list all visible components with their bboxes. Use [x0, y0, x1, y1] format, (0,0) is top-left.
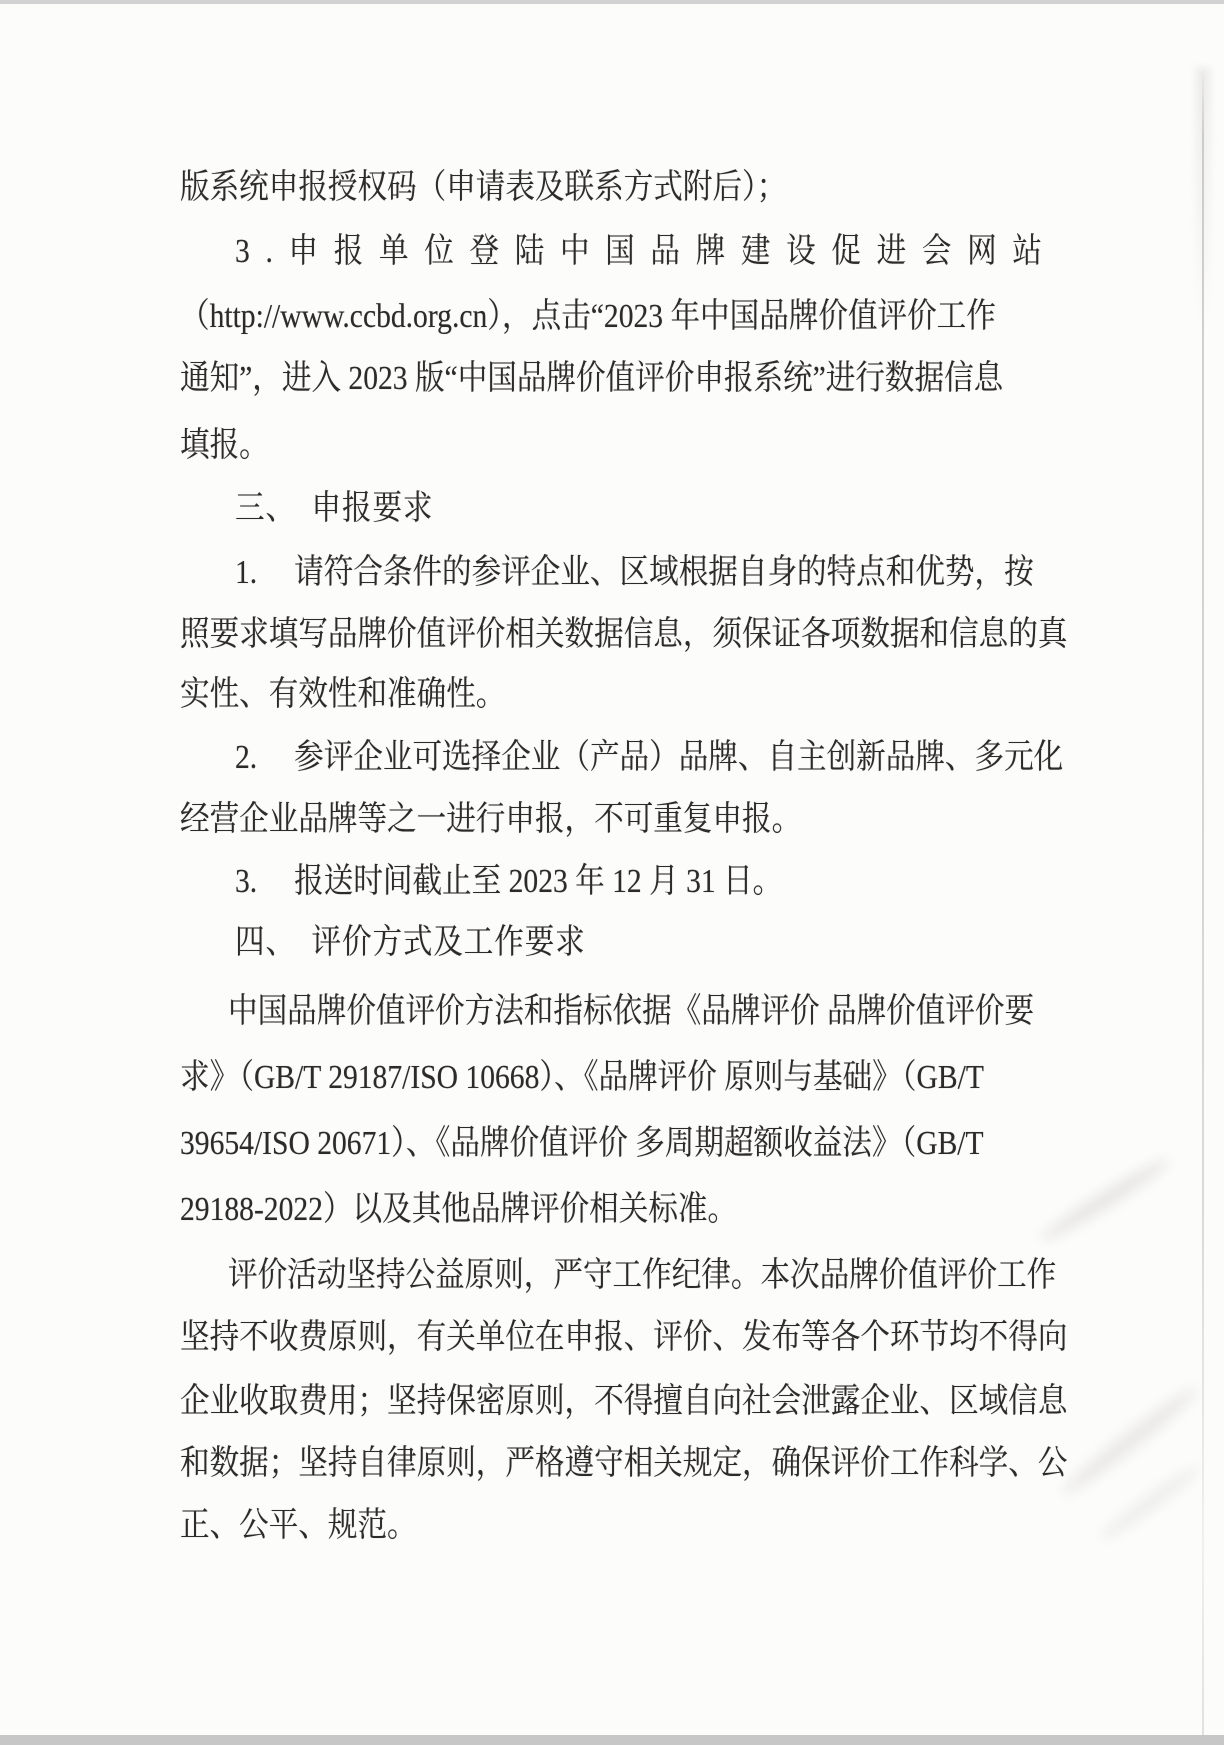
text-line: 3. 报送时间截止至 2023 年 12 月 31 日。 — [235, 860, 782, 904]
text-line: 填报。 — [180, 424, 269, 468]
text-line: 实性、有效性和准确性。 — [180, 673, 505, 717]
text-line: 评价活动坚持公益原则，严守工作纪律。本次品牌价值评价工作 — [228, 1254, 1056, 1298]
text-line: 和数据；坚持自律原则，严格遵守相关规定，确保评价工作科学、公 — [180, 1442, 1067, 1486]
text-line: 四、 评价方式及工作要求 — [235, 921, 586, 965]
text-line: 3.申报单位登陆中国品牌建设促进会网站 — [235, 230, 1058, 274]
text-line: 通知”，进入 2023 版“中国品牌价值评价申报系统”进行数据信息 — [180, 357, 1003, 401]
text-line: 中国品牌价值评价方法和指标依据《品牌评价 品牌价值评价要 — [228, 990, 1034, 1034]
scan-bottom-edge — [0, 1735, 1224, 1745]
text-line: 照要求填写品牌价值评价相关数据信息，须保证各项数据和信息的真 — [180, 613, 1067, 657]
scanned-document-page: 版系统申报授权码（申请表及联系方式附后）；3.申报单位登陆中国品牌建设促进会网站… — [0, 0, 1224, 1745]
text-line: 坚持不收费原则，有关单位在申报、评价、发布等各个环节均不得向 — [180, 1316, 1067, 1360]
document-text-layer: 版系统申报授权码（申请表及联系方式附后）；3.申报单位登陆中国品牌建设促进会网站… — [0, 0, 1224, 1745]
text-line: 2. 参评企业可选择企业（产品）品牌、自主创新品牌、多元化 — [235, 736, 1063, 780]
text-line: 求》（GB/T 29187/ISO 10668）、《品牌评价 原则与基础》（GB… — [180, 1056, 984, 1100]
text-line: （http://www.ccbd.org.cn），点击“2023 年中国品牌价值… — [180, 295, 996, 339]
text-line: 39654/ISO 20671）、《品牌价值评价 多周期超额收益法》（GB/T — [180, 1122, 984, 1166]
text-line: 企业收取费用；坚持保密原则，不得擅自向社会泄露企业、区域信息 — [180, 1380, 1067, 1424]
text-line: 正、公平、规范。 — [180, 1504, 417, 1548]
text-line: 版系统申报授权码（申请表及联系方式附后）； — [180, 166, 786, 210]
paper-right-edge-shadow — [1202, 68, 1204, 1745]
text-line: 29188-2022）以及其他品牌评价相关标准。 — [180, 1188, 737, 1232]
text-line: 1. 请符合条件的参评企业、区域根据自身的特点和优势，按 — [235, 551, 1034, 595]
text-line: 三、 申报要求 — [235, 487, 433, 531]
text-line: 经营企业品牌等之一进行申报，不可重复申报。 — [180, 798, 801, 842]
